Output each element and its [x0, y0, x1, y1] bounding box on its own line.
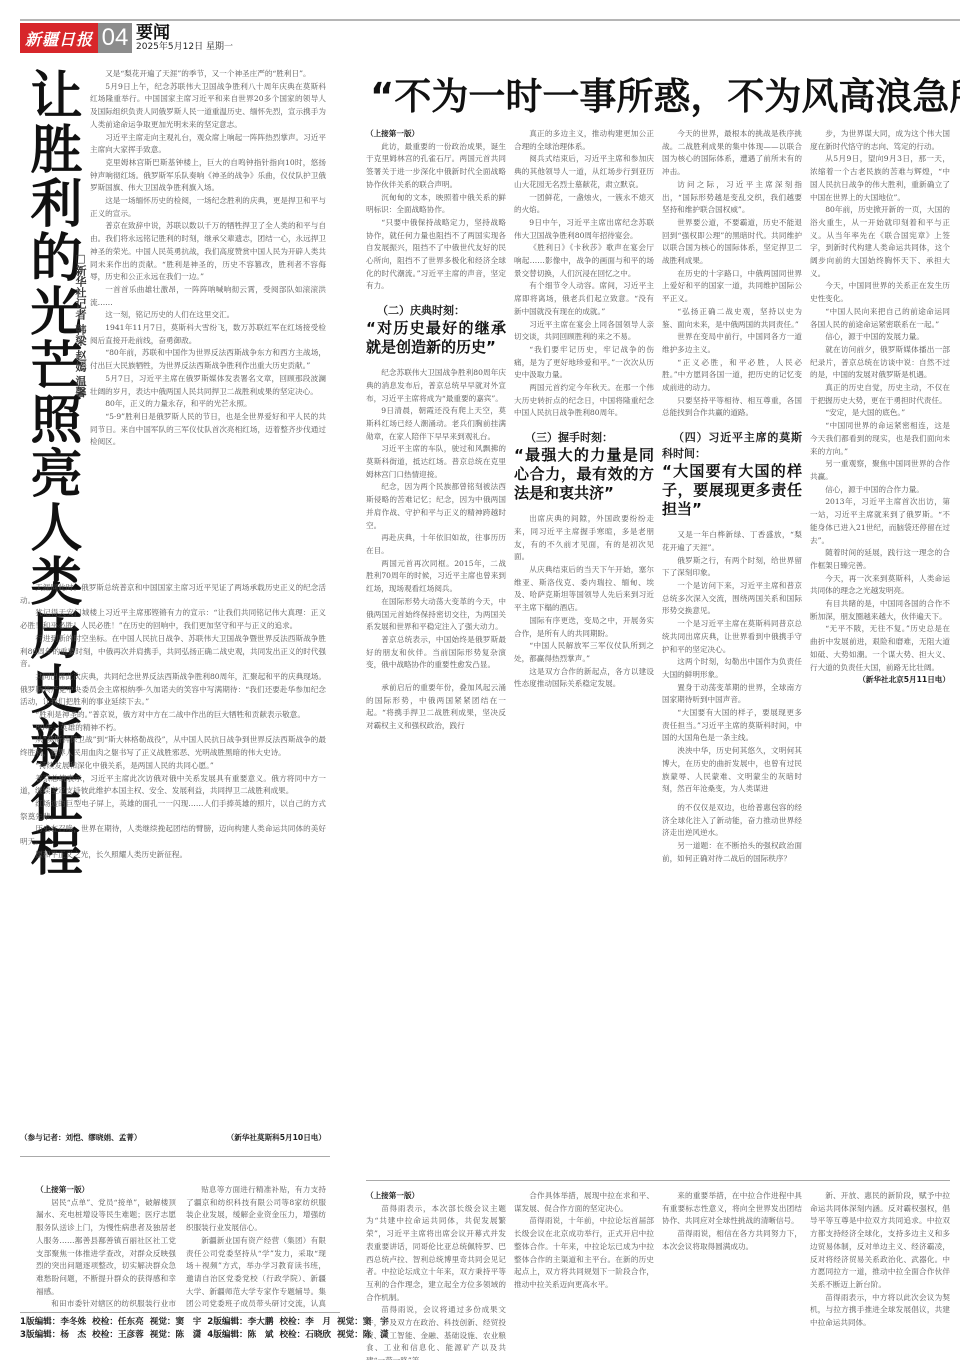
paragraph: 另一重观察，聚焦中国同世界的合作共赢。	[810, 458, 950, 483]
paragraph: 只要坚持平等相待、相互尊重，各国总能找到合作共赢的道路。	[662, 395, 802, 420]
paragraph: 又是“梨花开遍了天涯”的季节，又一个神圣庄严的“胜利日”。	[90, 68, 326, 81]
paragraph: “中国人民向来把自己的前途命运同各国人民的前途命运紧密联系在一起。”	[810, 306, 950, 331]
paragraph: 此访，最重要的一份政治成果，诞生于克里姆林宫的孔雀石厅。两国元首共同签署关于进一…	[366, 141, 506, 192]
paragraph: 国际有序更迭，变局之中，开展务实合作，是所有人的共同期盼。	[514, 615, 654, 640]
section3-kicker: （三）握手时刻：	[514, 430, 654, 446]
paragraph: “大国要有大国的样子，要展现更多责任担当。”习近平主席的莫斯科时间，中国的大国角…	[662, 707, 802, 745]
paragraph: 苗得雨表示，中方将以此次会议为契机，与拉方携手推进全球发展倡议，共建中拉命运共同…	[810, 1292, 950, 1330]
paragraph: 今天，中国同世界的关系正在发生历史性变化。	[810, 280, 950, 305]
credit-editor: 1版编辑：李冬姝	[20, 1316, 86, 1329]
credit-proof: 校检：石晓欣	[279, 1329, 331, 1342]
credit-visual: 视觉：陈 潇	[150, 1329, 202, 1342]
paragraph: 普京总统表示，习近平主席此次访俄对俄中关系发展具有重要意义。俄方将同中方一道，继…	[20, 773, 326, 798]
masthead: 新疆日报 04 要闻 2025年5月12日 星期一	[20, 23, 233, 53]
paragraph: 习近平主席的车队，驶过和风飘拂的莫斯科街道，抵达红场。普京总统在克里姆林宫门口热…	[366, 443, 506, 481]
article2-column-3: 今天的世界，最根本的挑战是秩序挑战。二战胜利成果的集中体现——以联合国为核心的国…	[662, 128, 802, 1158]
paragraph: 在历史的十字路口，中俄两国同世界上爱好和平的国家一道，共同维护国际公平正义。	[662, 268, 802, 306]
credit-proof: 校检：任东亮	[92, 1316, 144, 1329]
continued-label: （上接第一版）	[366, 128, 506, 141]
section-info: 要闻 2025年5月12日 星期一	[136, 23, 233, 53]
paragraph: “中国同世界的命运紧密相连，这是今天我们都看到的现实，也是我们面向未来的方向。”	[810, 420, 950, 458]
paragraph: 一个是访问下来，习近平主席和普京总统多次深入交流，围绕两国关系和国际形势交换意见…	[662, 580, 802, 618]
article2-title: “不为一时一事所惑，不为风高浪急所扰”	[370, 66, 960, 120]
article4-column-3: 来的重要举措，在中拉合作进程中具有重要标志性意义，将向全世界发出团结协作、共同应…	[662, 1190, 802, 1360]
page-number: 04	[98, 23, 132, 53]
paragraph: 5月9日上午，纪念苏联伟大卫国战争胜利八十周年庆典在莫斯科红场隆重举行。中国国家…	[90, 81, 326, 132]
paragraph: 来的重要举措，在中拉合作进程中具有重要标志性意义，将向全世界发出团结协作、共同应…	[662, 1190, 802, 1228]
paragraph: 两国元首约定今年秋天。在那一个伟大历史转折点的纪念日，中国将隆重纪念中国人民抗日…	[514, 382, 654, 420]
paragraph: 俄罗斯之行，有两个时刻，给世界留下了深刻印象。	[662, 555, 802, 580]
paragraph: “正义必胜，和平必胜，人民必胜。”中方愿同各国一道，把历史的记忆变成前进的动力。	[662, 357, 802, 395]
paragraph: “80年前，苏联和中国作为世界反法西斯战争东方和西方主战场，付出巨大民族牺牲，为…	[90, 347, 326, 372]
paragraph: 两国元首再次同框。2015年，二战胜利70周年的时候，习近平主席也曾来到红场，现…	[366, 558, 506, 596]
paragraph: 2013年，习近平主席首次出访，第一站，习近平主席就来到了俄罗斯。“不能身体已进…	[810, 496, 950, 547]
article1-column-top: 又是“梨花开遍了天涯”的季节，又一个神圣庄严的“胜利日”。5月9日上午，纪念苏联…	[90, 68, 326, 580]
paragraph: 从5月9日，望向9月3日，那一天，浓缩着一个古老民族的苦难与辉煌，“中国人民抗日…	[810, 153, 950, 204]
paragraph: 普京在致辞中说，苏联以数以千万的牺牲捍卫了全人类的和平与自由。我们将永远铭记胜利…	[90, 220, 326, 284]
article2-column-1: （上接第一版） 此访，最重要的一份政治成果，诞生于克里姆林宫的孔雀石厅。两国元首…	[366, 128, 506, 1158]
article2-column-4: 步，为世界谋大同，成为这个伟大国度在新时代恪守的志向、笃定的行动。从5月9日，望…	[810, 128, 950, 1158]
newspaper-logo: 新疆日报	[20, 23, 98, 53]
paragraph: 的不仅仅是双边，也给普惠包容的经济全球化注入了新动能，奋力推动世界经济走出逆风逆…	[662, 802, 802, 840]
paragraph: “胜利是神圣的。”普京说，俄方对中方在二战中作出的巨大牺牲和贡献表示敬意。	[20, 709, 326, 722]
article4-column-1: （上接第一版） 苗得雨表示，本次部长级会议主题为“共建中拉命运共同体，共促发展繁…	[366, 1190, 506, 1360]
section2-kicker: （二）庆典时刻：	[366, 303, 506, 319]
section4-kicker: （四）习近平主席的莫斯科时间：	[662, 430, 802, 462]
section2-heading: “对历史最好的继承就是创造新的历史”	[366, 319, 506, 357]
paragraph: 这是一场缅怀历史的检阅，一场纪念胜利的庆典，更是捍卫和平与正义的宣示。	[90, 195, 326, 220]
paragraph: 随着时间的延展，践行这一理念的合作框架日臻完善。	[810, 547, 950, 572]
credit-editor: 2版编辑：李大鹏	[207, 1316, 273, 1329]
paragraph: 世界在变局中前行，中国同各方一道维护多边主义。	[662, 331, 802, 356]
credit-proof: 校检：王彦蓉	[92, 1329, 144, 1342]
paragraph: “5·9”胜利日是俄罗斯人民的节日，也是全世界爱好和平人民的共同节日。来自中国军…	[90, 411, 326, 449]
paragraph: “无平不陂，无往不复。”历史总是在曲折中发展前进，艰险和磨难，无阻大道如砥、大势…	[810, 623, 950, 674]
paragraph: 苗得雨说，十年前，中拉论坛首届部长级会议在北京成功举行，正式开启中拉整体合作。十…	[514, 1215, 654, 1291]
paragraph: 在国际形势大动荡大变革的今天，中俄两国元首始终保持密切交往，为两国关系发展和世界…	[366, 596, 506, 634]
paragraph: 9日中午，习近平主席出席纪念苏联伟大卫国战争胜利80周年招待宴会。	[514, 217, 654, 242]
paragraph: 从庆典结束后的当天下午开始，塞尔维亚、斯洛伐克、委内瑞拉、缅甸、埃及、哈萨克斯坦…	[514, 564, 654, 615]
paragraph: 这两个时刻，勾勒出中国作为负责任大国的鲜明形象。	[662, 656, 802, 681]
paragraph: 今天，再一次来到莫斯科，人类命运共同体的理念之光越发明亮。	[810, 573, 950, 598]
editorial-credits: 1版编辑：李冬姝 校检：任东亮 视觉：窦 宇 2版编辑：李大鹏 校检：李 月 视…	[20, 1316, 340, 1342]
paragraph: 一首首乐曲雄壮激昂，一阵阵呐喊响彻云霄，受阅部队如滚滚洪流……	[90, 284, 326, 309]
section4-heading: “大国要有大国的样子，要展现更多责任担当”	[662, 462, 802, 519]
paragraph: 新、开放、惠民的新阶段，赋予中拉命运共同体深刻内涵。反对霸权强权，倡导平等互尊是…	[810, 1190, 950, 1292]
paragraph: “只要中俄保持战略定力，坚持战略协作，就任何力量也阻挡不了两国实现各自发展振兴，…	[366, 217, 506, 293]
paragraph: 再赴庆典，十年依旧如故，往事历历在目。	[366, 532, 506, 557]
paragraph: 阅兵式结束后，习近平主席和参加庆典的其他领导人一道，从红场步行到亚历山大花园无名…	[514, 153, 654, 191]
credit-editor: 3版编辑：杨 杰	[20, 1329, 86, 1342]
paragraph: 从“莫斯科保卫战”到“斯大林格勒战役”，从中国人民抗日战争到世界反法西斯战争的最…	[20, 734, 326, 759]
paragraph: 天涯同此时。俄罗斯总统普京和中国国家主席习近平见证了两场承载历史正义的纪念活动。	[20, 582, 326, 607]
paragraph: 习近平主席在宴会上同各国领导人亲切交谈，共同回顾胜利的来之不易。	[514, 319, 654, 344]
continued-label: （上接第一版）	[36, 1184, 176, 1197]
paragraph: 有个细节令人动容。席间，习近平主席即将离场，俄老兵们起立致意。“没有新中国就没有…	[514, 280, 654, 318]
paragraph: 80年，正义的力量永存，和平的光芒永照。	[90, 398, 326, 411]
paragraph: 历史在召唤，世界在期待，人类继续挽起团结的臂膀，迈向构建人类命运共同体的美好明天…	[20, 823, 326, 848]
paragraph: 愿和平正义之光，长久照耀人类历史新征程。	[20, 849, 326, 862]
article2-column-2: 真正的多边主义，推动构建更加公正合理的全球治理体系。阅兵式结束后，习近平主席和参…	[514, 128, 654, 1158]
article3-column-1: （上接第一版） 居民“点单”、党员“接单”，破解楼顶漏水、充电桩增设等民生难题；…	[36, 1184, 176, 1308]
paragraph: 《胜利日》《卡秋莎》歌声在宴会厅响起……影像中，战争的画面与和平的场景交替切换，…	[514, 242, 654, 280]
paragraph: 这是双方合作的新起点，各方以建设性态度推动国际关系稳定发展。	[514, 666, 654, 691]
paragraph: 访问之际，习近平主席深刻指出，“国际形势越是变乱交织，我们越要坚持和维护联合国权…	[662, 179, 802, 217]
paragraph: 沉甸甸的文本，映照着中俄关系的鲜明标识：全面战略协作。	[366, 192, 506, 217]
paragraph: 犹记得天安门城楼上习近平主席那铿锵有力的宣示：“让我们共同铭记伟大真理：正义必胜…	[20, 607, 326, 632]
article2-dateline: （新华社北京5月11日电）	[858, 674, 950, 687]
paragraph: 今天的世界，最根本的挑战是秩序挑战。二战胜利成果的集中体现——以联合国为核心的国…	[662, 128, 802, 179]
paragraph: 1941年11月7日，莫斯科大雪纷飞，数万苏联红军在红场接受检阅后直接开赴前线，…	[90, 322, 326, 347]
paragraph: 80年前，历史掀开新的一页，大国的浴火重生，从一开始就印刻着和平与正义。从当年率…	[810, 204, 950, 280]
paragraph: 习近平主席走向主观礼台，观众席上响起一阵阵热烈掌声。习近平主席向大家挥手致意。	[90, 132, 326, 157]
paragraph: “弘扬正确二战史观，坚持以史为鉴、面向未来，是中俄两国的共同责任。”	[662, 306, 802, 331]
issue-date: 2025年5月12日 星期一	[136, 42, 233, 53]
paragraph: 承前启后的重要年份，叠加风起云涌的国际形势，中俄两国紧紧团结在一起。“将携手捍卫…	[366, 682, 506, 733]
paragraph: 苗得雨说，会议将通过多份成果文件，涉及双方在政治、科技创新、经贸投资、人工智能、…	[366, 1304, 506, 1360]
article1-participants: （参与记者：刘恺、缪晓娟、孟菁）	[20, 1132, 142, 1145]
credit-editor: 4版编辑：陈 斌	[207, 1329, 273, 1342]
paragraph: 和田市委针对辖区的纺织服装行业市场复杂多变、发展压力大、产业升级难等突出问题，在…	[36, 1298, 176, 1308]
section3-heading: “最强大的力量是同心合力，最有效的方法是和衷共济”	[514, 446, 654, 503]
paragraph: “我们要牢记历史，牢记战争的伤痛，是为了更好地珍爱和平。”一次次从历史中汲取力量…	[514, 344, 654, 382]
paragraph: 世界要公道，不要霸道，历史不能退回到“强权即公理”的黑暗时代。共同维护以联合国为…	[662, 217, 802, 268]
paragraph: 5月7日，习近平主席在俄罗斯媒体发表署名文章，回顾那段波澜壮阔的岁月，表达中俄两…	[90, 373, 326, 398]
paragraph: 普京总统表示，中国始终是俄罗斯最好的朋友和伙伴。当前国际形势复杂演变，俄中战略协…	[366, 634, 506, 672]
article-divider	[366, 1180, 950, 1181]
paragraph: 有目共睹的是，中国同各国的合作不断加深，朋友圈越来越大，伙伴遍天下。	[810, 598, 950, 623]
paragraph: 又是一年白桦新绿、丁香盛放，“梨花开遍了天涯”。	[662, 529, 802, 554]
paragraph: 这一刻，铭记历史的人们在这里交汇。	[90, 309, 326, 322]
paragraph: 置身于动荡变革期的世界，全球南方国家期待听到中国声音。	[662, 682, 802, 707]
paragraph: 真正的多边主义，推动构建更加公正合理的全球治理体系。	[514, 128, 654, 153]
paragraph: 纪念苏联伟大卫国战争胜利80周年庆典的消息发布后，普京总统早早就对外宣布，习近平…	[366, 367, 506, 405]
article3-column-2: 贴息等方面进行精准补贴，有力支持了疆京和纺织科技有限公司等8家纺织服装企业发展，…	[186, 1184, 326, 1308]
paragraph: 真正的历史自觉，历史主动，不仅在于把握历史大势，更在于勇担时代责任。	[810, 382, 950, 407]
paragraph: “安定，是大国的底色。”	[810, 407, 950, 420]
paragraph: 另一道题：在不断抬头的强权政治面前，如何正确对待二战后的国际秩序？	[662, 840, 802, 865]
article4-column-4: 新、开放、惠民的新阶段，赋予中拉命运共同体深刻内涵。反对霸权强权，倡导平等互尊是…	[810, 1190, 950, 1360]
article1-byline: □新华社记者 韩梁 赵嫣 温馨	[72, 252, 88, 398]
continued-label: （上接第一版）	[366, 1190, 506, 1203]
credits-divider	[20, 1312, 340, 1313]
paragraph: 一团鲜花，一盏烛火，一簇永不熄灭的火焰。	[514, 192, 654, 217]
paragraph: 纪念，因为两个民族都曾铭刻被法西斯侵略的苦难记忆；纪念，因为中俄两国并肩作战、守…	[366, 481, 506, 532]
paragraph: 居民“点单”、党员“接单”，破解楼顶漏水、充电桩增设等民生难题；医疗志愿服务队送…	[36, 1197, 176, 1299]
paragraph: 行进到新的时空坐标。在中国人民抗日战争、苏联伟大卫国战争暨世界反法西斯战争胜利8…	[20, 633, 326, 671]
paragraph: 信心，源于中国的合作力量。	[810, 484, 950, 497]
section-title: 要闻	[136, 24, 233, 42]
paragraph: 红场边的巨型电子屏上，英雄的面孔一一闪现……人们手捧英雄的照片，以自己的方式祭奠…	[20, 798, 326, 823]
credit-visual: 视觉：窦 宇	[150, 1316, 202, 1329]
credit-proof: 校检：李 月	[279, 1316, 331, 1329]
paragraph: “中国人民解放军三军仪仗队所到之处，都赢得热烈掌声。”	[514, 640, 654, 665]
paragraph: “持续发展和深化中俄关系，是两国人民的共同心愿。”	[20, 760, 326, 773]
paragraph: 出席庆典的间隙，外国政要纷纷走来，同习近平主席握手寒暄，多是老朋友，有的不久前才…	[514, 513, 654, 564]
paragraph: 步，为世界谋大同，成为这个伟大国度在新时代恪守的志向、笃定的行动。	[810, 128, 950, 153]
header-rule	[20, 19, 960, 21]
paragraph: 9日清晨，朝霞还没有爬上天空，莫斯科红场已经人潮涌动。老兵们胸前挂满勋章，在家人…	[366, 405, 506, 443]
paragraph: 80年，英雄的精神不朽。	[20, 722, 326, 735]
paragraph: 泱泱中华，历史何其悠久，文明何其博大，在历史的曲折发展中，也曾有过民族蒙辱、人民…	[662, 745, 802, 796]
paragraph: 就在访问前夕，俄罗斯媒体播出一部纪录片，普京总统在访谈中说：自然不过的是，中国的…	[810, 344, 950, 382]
paragraph: 合作具体举措，展现中拉在求和平、谋发展、促合作方面的坚定决心。	[514, 1190, 654, 1215]
article1-dateline: （新华社莫斯科5月10日电）	[227, 1132, 326, 1145]
paragraph: 共同出席此次庆典，共同纪念世界反法西斯战争胜利80周年，汇聚起和平的庆典现场。俄…	[20, 671, 326, 709]
paragraph: 苗得雨说，相信在各方共同努力下，本次会议将取得圆满成功。	[662, 1228, 802, 1253]
paragraph: 苗得雨表示，本次部长级会议主题为“共建中拉命运共同体，共促发展繁荣”，习近平主席…	[366, 1203, 506, 1305]
paragraph: 一个是习近平主席在莫斯科同普京总统共同出席庆典，让世界看到中俄携手守护和平的坚定…	[662, 618, 802, 656]
article1-column-wide: 天涯同此时。俄罗斯总统普京和中国国家主席习近平见证了两场承载历史正义的纪念活动。…	[20, 582, 326, 1128]
paragraph: 克里姆林宫斯巴斯基钟楼上，巨大的自鸣钟指针指向10时，悠扬钟声响彻红场。俄罗斯军…	[90, 157, 326, 195]
article1-footer: （参与记者：刘恺、缪晓娟、孟菁） （新华社莫斯科5月10日电）	[20, 1132, 326, 1148]
article-divider	[20, 1156, 330, 1157]
paragraph: 信心，源于中国的发展力量。	[810, 331, 950, 344]
article4-column-2: 合作具体举措，展现中拉在求和平、谋发展、促合作方面的坚定决心。苗得雨说，十年前，…	[514, 1190, 654, 1360]
paragraph: 贴息等方面进行精准补贴，有力支持了疆京和纺织科技有限公司等8家纺织服装企业发展，…	[186, 1184, 326, 1235]
paragraph: 新疆新业国有资产经营（集团）有限责任公司党委坚持从“学”发力，采取“现场＋视频”…	[186, 1235, 326, 1308]
